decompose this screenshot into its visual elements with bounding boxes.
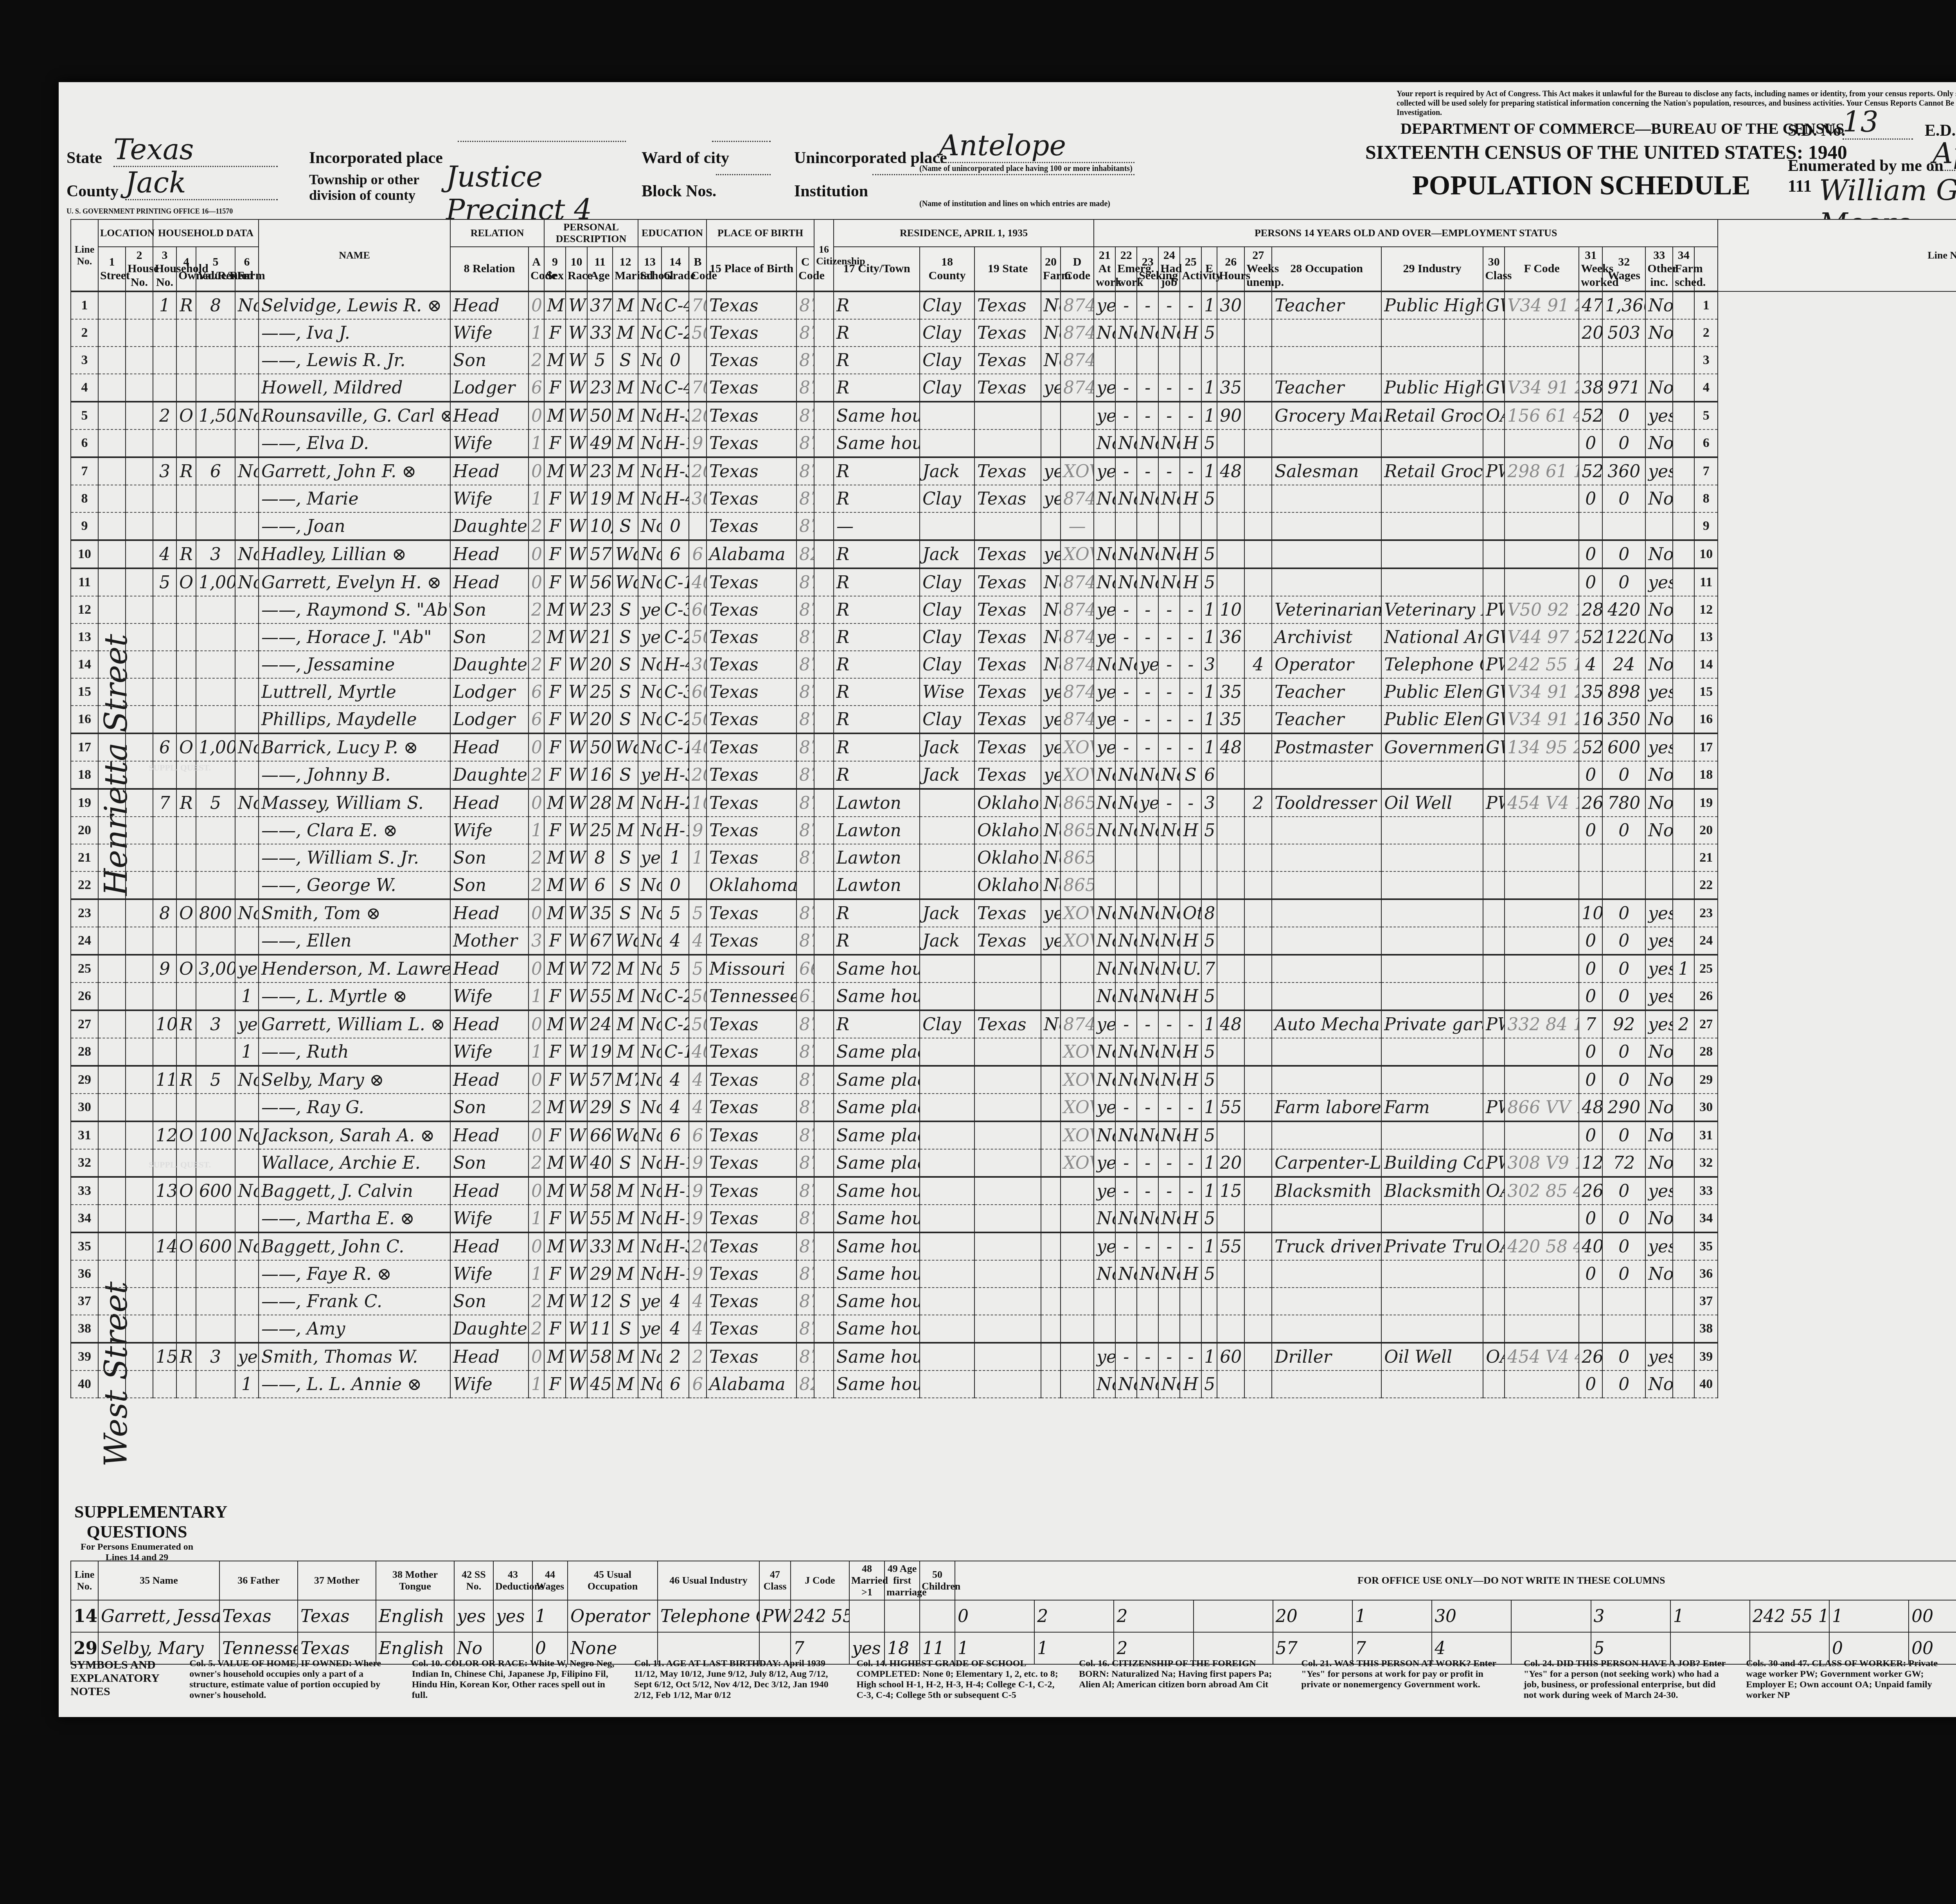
cell-c22: No	[1115, 568, 1137, 596]
cell-empty	[814, 1149, 834, 1177]
cell-c32: 0	[1602, 485, 1645, 512]
cell-sch: No	[638, 1232, 662, 1260]
cell-c26: 35	[1217, 706, 1244, 733]
cell-c26	[1217, 485, 1244, 512]
cell-rfarm: yes	[1041, 374, 1061, 402]
cell-c32: 1,366	[1602, 291, 1645, 319]
cell-hh	[153, 623, 176, 651]
cell-c: 82	[796, 540, 814, 568]
cell-rel: Lodger	[450, 706, 529, 733]
cell-c22	[1115, 512, 1137, 540]
cell-c27	[1244, 319, 1272, 347]
cell-empty	[814, 1315, 834, 1343]
cell-c24: -	[1158, 596, 1180, 623]
cell-c21: No	[1094, 651, 1115, 678]
cell-d	[1061, 1343, 1094, 1371]
supp-cell-usual_ind: Telephone Company	[658, 1600, 759, 1632]
supp-cell-u: 242 55 1	[1750, 1600, 1829, 1632]
cell-hh	[153, 983, 176, 1010]
cell-age: 25	[587, 817, 613, 844]
cell-race: W	[566, 955, 587, 983]
cell-line: 24	[71, 927, 98, 955]
cell-c21: No	[1094, 1371, 1115, 1398]
cell-res: R	[834, 485, 920, 512]
cell-c31: 0	[1579, 1121, 1602, 1149]
cell-d: 8741	[1061, 568, 1094, 596]
cell-c: 87	[796, 1094, 814, 1121]
cell-line: 33	[1694, 1177, 1718, 1205]
cell-c32: 92	[1602, 1010, 1645, 1038]
cell-ind	[1381, 512, 1483, 540]
note-col14: Col. 14. HIGHEST GRADE OF SCHOOL COMPLET…	[856, 1658, 1063, 1713]
cell-farm	[235, 1315, 259, 1343]
cell-c22: No	[1115, 899, 1137, 927]
cell-c25: H	[1180, 1121, 1201, 1149]
cell-line: 18	[71, 761, 98, 789]
cell-res: R	[834, 651, 920, 678]
cell-d: XOV2	[1061, 899, 1094, 927]
cell-pob: Texas	[707, 844, 796, 871]
cell-cls	[1483, 1315, 1505, 1343]
cell-age: 50	[587, 733, 613, 761]
cell-c: 87	[796, 319, 814, 347]
cell-c24	[1158, 844, 1180, 871]
cell-a: 6	[529, 678, 544, 706]
cell-a: 1	[529, 1038, 544, 1066]
cell-age: 72	[587, 955, 613, 983]
cell-c34	[1673, 291, 1694, 319]
cell-line: 32	[71, 1149, 98, 1177]
cell-rstate	[974, 1288, 1041, 1315]
cell-age: 8	[587, 844, 613, 871]
cell-ind	[1381, 1371, 1483, 1398]
township-label: Township or other division of county	[309, 172, 442, 203]
cell-occ: Tooldresser	[1272, 789, 1381, 817]
cell-hh	[153, 485, 176, 512]
supp-cell-p: 1	[1352, 1600, 1432, 1632]
cell-mar: Wd	[613, 540, 638, 568]
cell-c32	[1602, 512, 1645, 540]
supplementary-heading: SUPPLEMENTARY QUESTIONS For Persons Enum…	[74, 1502, 200, 1563]
cell-race: W	[566, 1371, 587, 1398]
cell-mar: S	[613, 1094, 638, 1121]
cell-c34	[1673, 871, 1694, 899]
cell-rfarm: yes	[1041, 706, 1061, 733]
cell-a: 0	[529, 540, 544, 568]
cell-c27	[1244, 1288, 1272, 1315]
cell-c22: -	[1115, 733, 1137, 761]
cell-age: 66	[587, 1121, 613, 1149]
cell-hh: 3	[153, 457, 176, 485]
cell-name: Rounsaville, G. Carl ⊗	[259, 402, 450, 429]
cell-c25: -	[1180, 291, 1201, 319]
cell-age: 55	[587, 983, 613, 1010]
cell-ind	[1381, 817, 1483, 844]
cell-d: —	[1061, 512, 1094, 540]
cell-race: W	[566, 706, 587, 733]
col-28: 28 Occupation	[1272, 247, 1381, 292]
cell-val	[196, 871, 235, 899]
cell-grade: C-2	[662, 319, 689, 347]
table-row: 13——, Horace J. "Ab"Son2MW21SyesC-250Tex…	[71, 623, 1956, 651]
cell-rstate: Texas	[974, 623, 1041, 651]
cell-pob: Texas	[707, 1010, 796, 1038]
cell-b: 20	[689, 402, 707, 429]
cell-c32: 0	[1602, 1121, 1645, 1149]
cell-f	[1505, 512, 1579, 540]
cell-mar: S	[613, 623, 638, 651]
cell-line: 22	[71, 871, 98, 899]
cell-occ: Teacher	[1272, 706, 1381, 733]
cell-e: 1	[1201, 457, 1217, 485]
cell-farm	[235, 347, 259, 374]
cell-c24: No	[1158, 319, 1180, 347]
cell-c33: No	[1645, 706, 1673, 733]
table-row: 15Luttrell, MyrtleLodger6FW25SNoC-360Tex…	[71, 678, 1956, 706]
group-education: EDUCATION	[638, 219, 707, 247]
cell-empty	[814, 927, 834, 955]
cell-hh	[153, 596, 176, 623]
cell-cls	[1483, 899, 1505, 927]
cell-c24: No	[1158, 1066, 1180, 1094]
cell-empty	[814, 678, 834, 706]
cell-line: 5	[71, 402, 98, 429]
cell-farm	[235, 817, 259, 844]
cell-empty	[98, 347, 126, 374]
cell-c22: -	[1115, 623, 1137, 651]
cell-c21: No	[1094, 789, 1115, 817]
cell-d: 8655	[1061, 871, 1094, 899]
cell-c22	[1115, 871, 1137, 899]
cell-rcounty	[920, 817, 974, 844]
cell-name: ——, L. L. Annie ⊗	[259, 1371, 450, 1398]
cell-a: 0	[529, 789, 544, 817]
cell-a: 1	[529, 1371, 544, 1398]
cell-pob: Texas	[707, 927, 796, 955]
cell-val	[196, 678, 235, 706]
cell-c22	[1115, 1315, 1137, 1343]
group-household: HOUSEHOLD DATA	[153, 219, 259, 247]
cell-age: 35	[587, 899, 613, 927]
cell-sex: M	[544, 1232, 566, 1260]
cell-line: 13	[1694, 623, 1718, 651]
cell-c26	[1217, 844, 1244, 871]
cell-own: R	[176, 1343, 196, 1371]
cell-d: 8741	[1061, 291, 1094, 319]
cell-c32: 290	[1602, 1094, 1645, 1121]
supp-cell-name: Garrett, Jessamine	[98, 1600, 219, 1632]
cell-empty	[126, 955, 153, 983]
cell-c32: 0	[1602, 1260, 1645, 1288]
cell-c32: 420	[1602, 596, 1645, 623]
cell-rel: Son	[450, 844, 529, 871]
cell-e: 5	[1201, 540, 1217, 568]
cell-own	[176, 1260, 196, 1288]
cell-c27: 2	[1244, 789, 1272, 817]
cell-c25: H	[1180, 568, 1201, 596]
cell-res: R	[834, 733, 920, 761]
cell-c26	[1217, 651, 1244, 678]
cell-sex: M	[544, 899, 566, 927]
cell-line: 23	[1694, 899, 1718, 927]
cell-c21	[1094, 844, 1115, 871]
cell-sex: F	[544, 568, 566, 596]
cell-grade: C-4	[662, 291, 689, 319]
cell-a: 1	[529, 319, 544, 347]
cell-rstate: Texas	[974, 651, 1041, 678]
cell-empty	[814, 540, 834, 568]
cell-sex: M	[544, 291, 566, 319]
cell-val	[196, 485, 235, 512]
cell-c25: -	[1180, 402, 1201, 429]
cell-sch: No	[638, 871, 662, 899]
cell-e: 1	[1201, 596, 1217, 623]
cell-c22: No	[1115, 817, 1137, 844]
cell-a: 0	[529, 733, 544, 761]
cell-line: 28	[1694, 1038, 1718, 1066]
cell-c32: 971	[1602, 374, 1645, 402]
cell-hh	[153, 1260, 176, 1288]
cell-c33: No	[1645, 374, 1673, 402]
cell-occ	[1272, 1038, 1381, 1066]
cell-c23: -	[1137, 706, 1158, 733]
cell-c25: H	[1180, 1371, 1201, 1398]
cell-b: 40	[689, 1038, 707, 1066]
cell-rfarm: yes	[1041, 485, 1061, 512]
cell-c23: No	[1137, 429, 1158, 457]
cell-c: 87	[796, 623, 814, 651]
cell-rcounty	[920, 844, 974, 871]
cell-pob: Texas	[707, 1205, 796, 1232]
cell-e: 1	[1201, 374, 1217, 402]
supp-office-use: FOR OFFICE USE ONLY—DO NOT WRITE IN THES…	[955, 1561, 1956, 1600]
cell-ind	[1381, 1260, 1483, 1288]
cell-grade: 4	[662, 1288, 689, 1315]
cell-hh: 9	[153, 955, 176, 983]
cell-rcounty: Jack	[920, 540, 974, 568]
cell-sex: M	[544, 789, 566, 817]
cell-ind: Retail Grocery Store	[1381, 402, 1483, 429]
cell-c26: 20	[1217, 1149, 1244, 1177]
cell-empty	[98, 1066, 126, 1094]
cell-pob: Texas	[707, 1288, 796, 1315]
cell-c34	[1673, 1232, 1694, 1260]
col-c: C Code	[796, 247, 814, 292]
cell-age: 58	[587, 1177, 613, 1205]
cell-grade: 4	[662, 1094, 689, 1121]
cell-rfarm	[1041, 955, 1061, 983]
cell-line: 31	[71, 1121, 98, 1149]
cell-c24: -	[1158, 623, 1180, 651]
cell-c34	[1673, 789, 1694, 817]
cell-line: 29	[71, 1066, 98, 1094]
cell-own: O	[176, 955, 196, 983]
cell-grade: C-1	[662, 568, 689, 596]
cell-c23: -	[1137, 374, 1158, 402]
ward-label: Ward of city	[642, 149, 729, 167]
cell-c26	[1217, 955, 1244, 983]
cell-c25: -	[1180, 1010, 1201, 1038]
cell-age: 20	[587, 651, 613, 678]
cell-race: W	[566, 761, 587, 789]
cell-race: W	[566, 927, 587, 955]
cell-race: W	[566, 1343, 587, 1371]
cell-c34	[1673, 319, 1694, 347]
cell-f	[1505, 1371, 1579, 1398]
cell-rel: Daughter	[450, 512, 529, 540]
cell-hh	[153, 706, 176, 733]
cell-res: R	[834, 457, 920, 485]
cell-c24: -	[1158, 1094, 1180, 1121]
cell-a: 6	[529, 706, 544, 733]
cell-line: 28	[71, 1038, 98, 1066]
cell-a: 2	[529, 844, 544, 871]
cell-c25	[1180, 347, 1201, 374]
group-employment: PERSONS 14 YEARS OLD AND OVER—EMPLOYMENT…	[1094, 219, 1718, 247]
cell-c33: yes	[1645, 457, 1673, 485]
cell-c25: -	[1180, 1343, 1201, 1371]
cell-a: 0	[529, 568, 544, 596]
cell-ind	[1381, 1315, 1483, 1343]
cell-c25: -	[1180, 457, 1201, 485]
cell-cls	[1483, 927, 1505, 955]
cell-c26: 55	[1217, 1094, 1244, 1121]
cell-farm	[235, 1149, 259, 1177]
cell-c21: yes	[1094, 1094, 1115, 1121]
cell-occ: Carpenter-Laborer	[1272, 1149, 1381, 1177]
group-birth: PLACE OF BIRTH	[707, 219, 814, 247]
cell-res: Lawton	[834, 844, 920, 871]
cell-empty	[126, 429, 153, 457]
cell-val: 6	[196, 457, 235, 485]
cell-c25: Ot	[1180, 899, 1201, 927]
cell-name: Luttrell, Myrtle	[259, 678, 450, 706]
cell-c34	[1673, 651, 1694, 678]
cell-name: Barrick, Lucy P. ⊗	[259, 733, 450, 761]
cell-occ	[1272, 319, 1381, 347]
cell-c31: 52	[1579, 733, 1602, 761]
supp-cell-s: 3	[1591, 1600, 1670, 1632]
cell-c33: yes	[1645, 1177, 1673, 1205]
col-21: 21 At work	[1094, 247, 1115, 292]
table-row: 16Phillips, MaydelleLodger6FW20SNoC-250T…	[71, 706, 1956, 733]
cell-e: 6	[1201, 761, 1217, 789]
cell-cls	[1483, 347, 1505, 374]
cell-age: 19	[587, 1038, 613, 1066]
cell-c25: H	[1180, 319, 1201, 347]
cell-b: 9	[689, 429, 707, 457]
cell-c	[796, 871, 814, 899]
cell-name: Selvidge, Lewis R. ⊗	[259, 291, 450, 319]
cell-own	[176, 706, 196, 733]
cell-c32: 0	[1602, 1177, 1645, 1205]
cell-name: Jackson, Sarah A. ⊗	[259, 1121, 450, 1149]
cell-pob: Texas	[707, 789, 796, 817]
cell-empty	[98, 540, 126, 568]
suppl-quest-tag-left-14: SUPPL. QUEST.	[149, 763, 211, 773]
cell-rel: Son	[450, 1094, 529, 1121]
cell-c21: No	[1094, 429, 1115, 457]
cell-c31: 0	[1579, 1205, 1602, 1232]
table-row: 11R8NoSelvidge, Lewis R. ⊗Head0MW37MNoC-…	[71, 291, 1956, 319]
cell-rstate	[974, 1232, 1041, 1260]
cell-hh: 1	[153, 291, 176, 319]
cell-c33: No	[1645, 319, 1673, 347]
cell-ind: Private garage	[1381, 1010, 1483, 1038]
cell-empty	[98, 678, 126, 706]
cell-f: 308 V9 1	[1505, 1149, 1579, 1177]
cell-e: 5	[1201, 927, 1217, 955]
cell-race: W	[566, 319, 587, 347]
cell-sch: No	[638, 319, 662, 347]
cell-c33: No	[1645, 817, 1673, 844]
cell-empty	[98, 485, 126, 512]
cell-age: 20	[587, 706, 613, 733]
supp-col-47: 47 Class	[759, 1561, 791, 1600]
cell-rcounty	[920, 983, 974, 1010]
cell-a: 1	[529, 485, 544, 512]
cell-d: 8741	[1061, 347, 1094, 374]
cell-mar: Wd	[613, 1121, 638, 1149]
cell-c21: No	[1094, 899, 1115, 927]
cell-c32: 0	[1602, 761, 1645, 789]
cell-c33: yes	[1645, 1010, 1673, 1038]
cell-rcounty	[920, 789, 974, 817]
cell-val	[196, 1205, 235, 1232]
cell-f: 454 V4 4	[1505, 1343, 1579, 1371]
cell-c: 87	[796, 678, 814, 706]
cell-name: ——, Joan	[259, 512, 450, 540]
cell-farm: No	[235, 540, 259, 568]
cell-c33	[1645, 871, 1673, 899]
cell-line: 15	[71, 678, 98, 706]
cell-line: 2	[71, 319, 98, 347]
cell-empty	[98, 291, 126, 319]
cell-c26: 60	[1217, 1343, 1244, 1371]
cell-c25: H	[1180, 983, 1201, 1010]
cell-c21: No	[1094, 568, 1115, 596]
cell-farm: No	[235, 789, 259, 817]
cell-rfarm	[1041, 1149, 1061, 1177]
cell-empty	[98, 1149, 126, 1177]
cell-res: R	[834, 678, 920, 706]
cell-c27	[1244, 927, 1272, 955]
cell-res: R	[834, 596, 920, 623]
cell-c22: -	[1115, 457, 1137, 485]
cell-val: 8	[196, 291, 235, 319]
supp-cell-m: 2	[1114, 1600, 1193, 1632]
cell-empty	[814, 429, 834, 457]
cell-name: ——, Ruth	[259, 1038, 450, 1066]
table-row: 52O1,500NoRounsaville, G. Carl ⊗Head0MW5…	[71, 402, 1956, 429]
cell-c33: No	[1645, 789, 1673, 817]
cell-b: 50	[689, 983, 707, 1010]
table-row: 261——, L. Myrtle ⊗Wife1FW55MNoC-250Tenne…	[71, 983, 1956, 1010]
cell-empty	[98, 429, 126, 457]
cell-mar: M	[613, 1038, 638, 1066]
cell-c31: 16	[1579, 706, 1602, 733]
cell-empty	[126, 733, 153, 761]
cell-race: W	[566, 1149, 587, 1177]
population-table: Line No. LOCATION HOUSEHOLD DATA NAME RE…	[70, 219, 1956, 1398]
cell-name: ——, Frank C.	[259, 1288, 450, 1315]
cell-grade: C-2	[662, 983, 689, 1010]
cell-res: Lawton	[834, 871, 920, 899]
cell-f: 420 58 4	[1505, 1232, 1579, 1260]
cell-hh	[153, 374, 176, 402]
cell-mar: M	[613, 291, 638, 319]
cell-farm: No	[235, 291, 259, 319]
